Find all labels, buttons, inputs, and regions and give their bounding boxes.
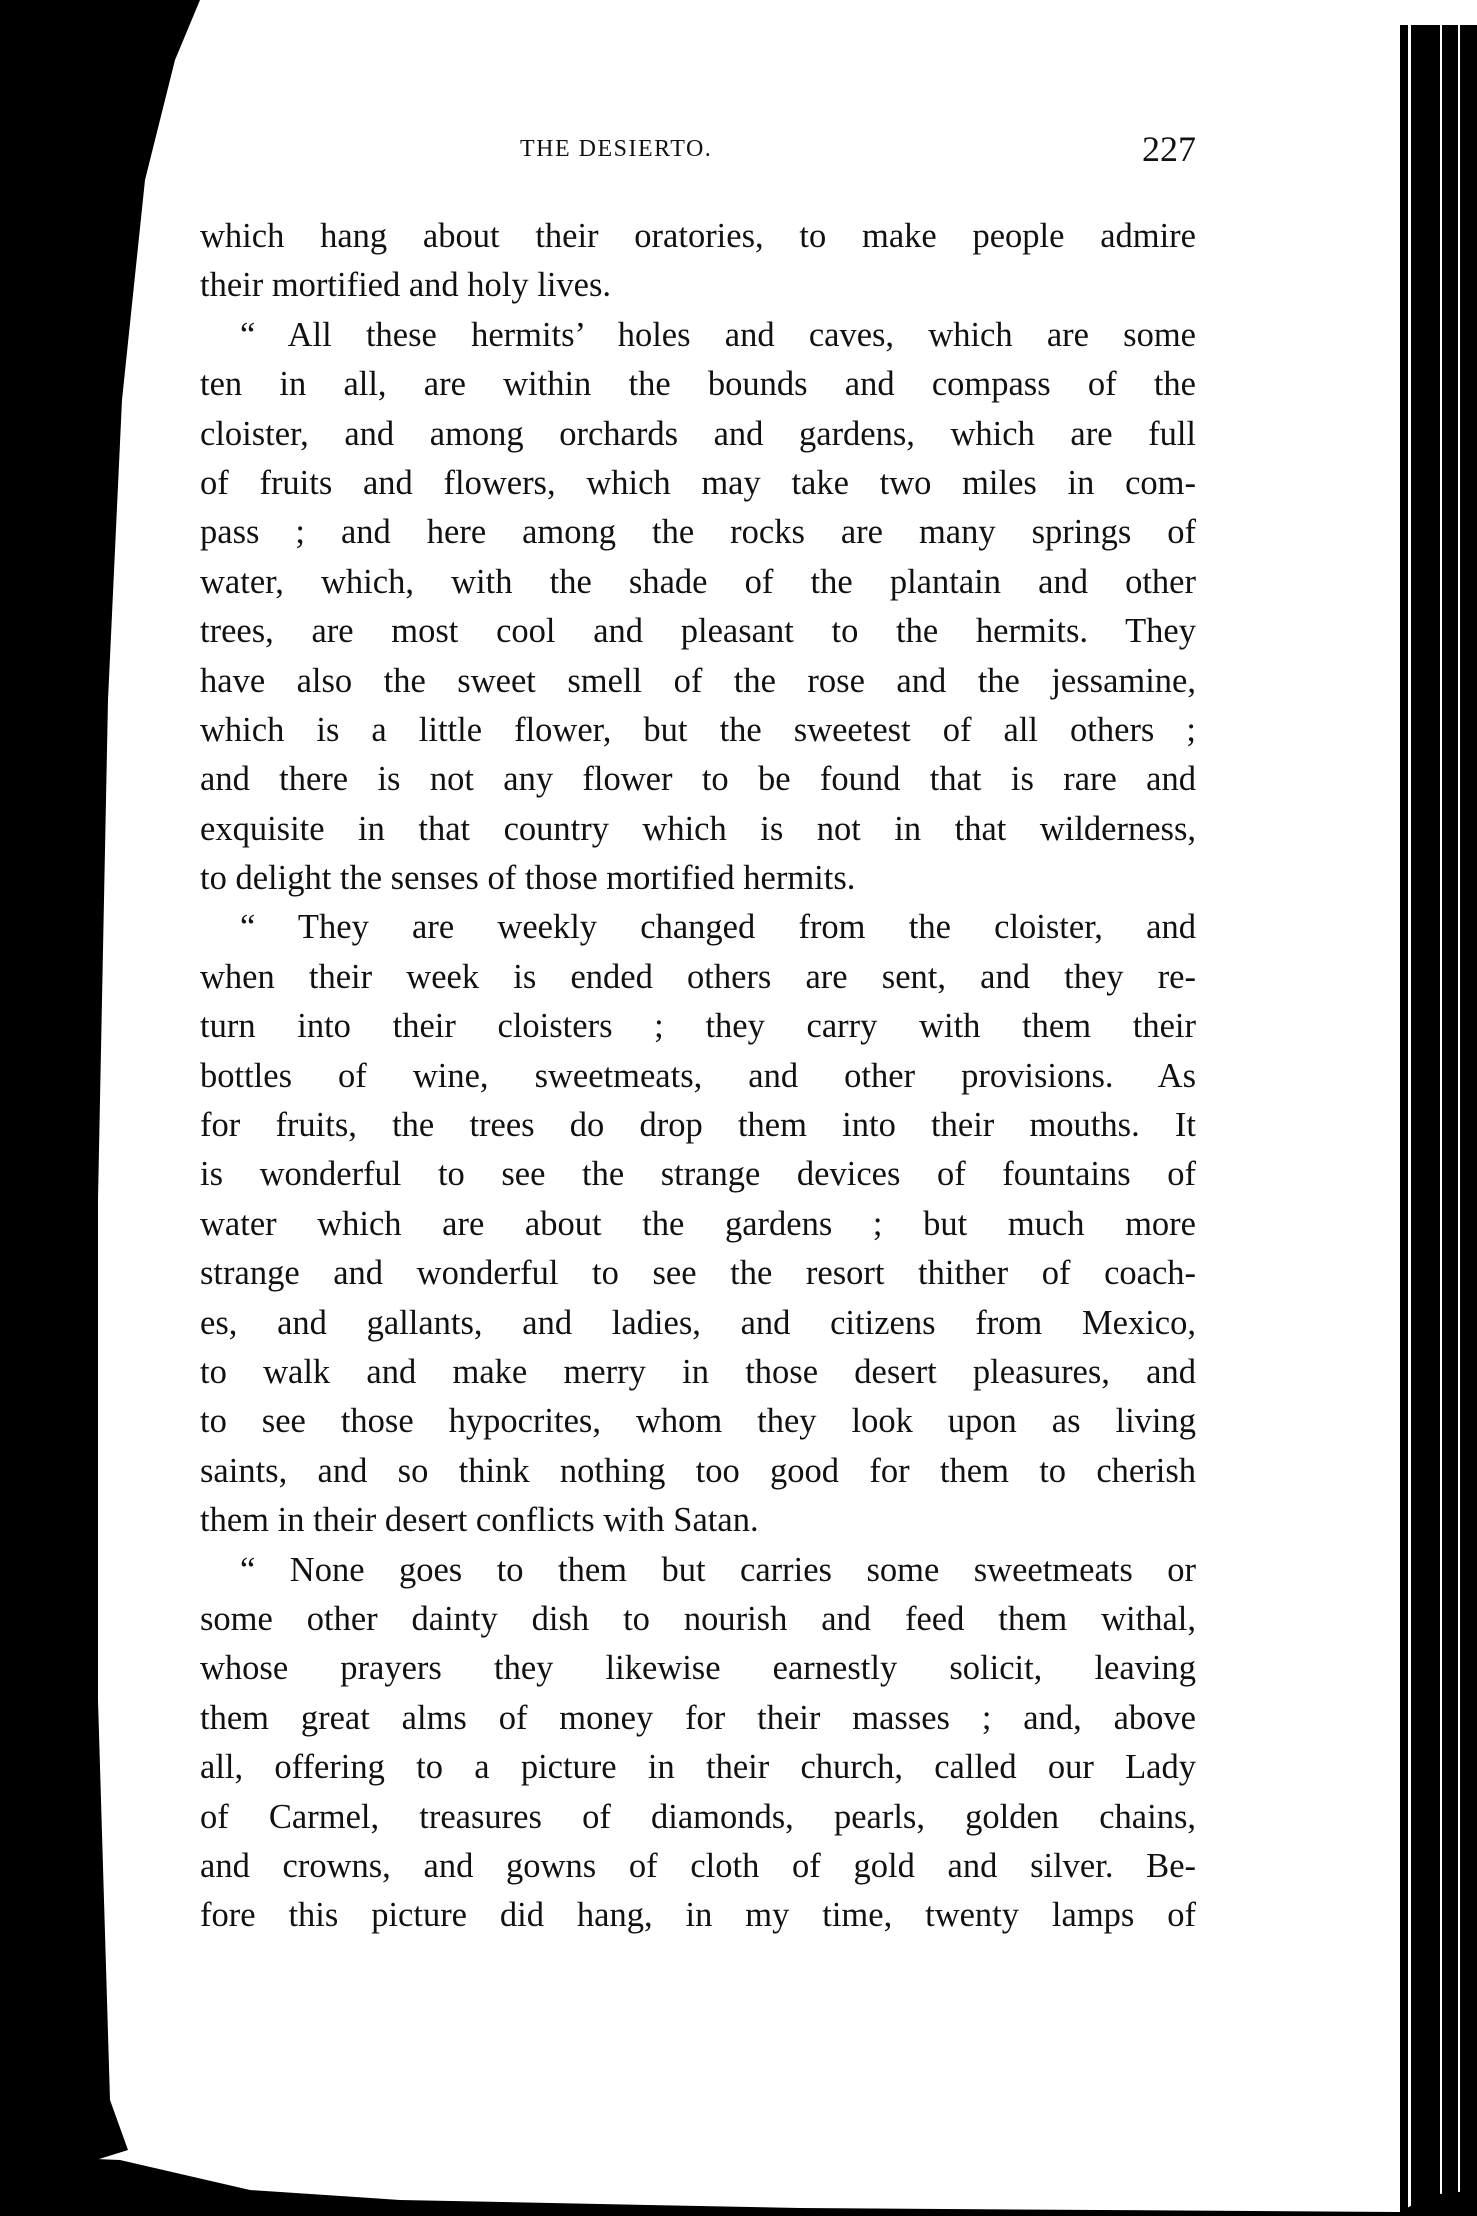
body-text: which hang about their oratories, to mak… [200,212,1196,1941]
text-line: to see those hypocrites, whom they look … [200,1397,1196,1446]
text-line: trees, are most cool and pleasant to the… [200,607,1196,656]
text-line: saints, and so think nothing too good fo… [200,1447,1196,1496]
text-line: is wonderful to see the strange devices … [200,1150,1196,1199]
scan-shadow-right [1400,25,1477,2216]
text-line: water which are about the gardens ; but … [200,1200,1196,1249]
text-line: es, and gallants, and ladies, and citize… [200,1299,1196,1348]
book-page: THE DESIERTO. 227 which hang about their… [0,0,1477,2216]
text-line: “ All these hermits’ holes and caves, wh… [200,311,1196,360]
page-header: THE DESIERTO. 227 [200,128,1196,174]
text-line: fore this picture did hang, in my time, … [200,1891,1196,1940]
text-line: pass ; and here among the rocks are many… [200,508,1196,557]
text-line: “ None goes to them but carries some swe… [200,1546,1196,1595]
text-line: when their week is ended others are sent… [200,953,1196,1002]
text-line: for fruits, the trees do drop them into … [200,1101,1196,1150]
text-line: strange and wonderful to see the resort … [200,1249,1196,1298]
text-line: of Carmel, treasures of diamonds, pearls… [200,1793,1196,1842]
text-line: them great alms of money for their masse… [200,1694,1196,1743]
text-line: to walk and make merry in those desert p… [200,1348,1196,1397]
text-line: water, which, with the shade of the plan… [200,558,1196,607]
text-line: have also the sweet smell of the rose an… [200,657,1196,706]
text-line: whose prayers they likewise earnestly so… [200,1644,1196,1693]
text-line: some other dainty dish to nourish and fe… [200,1595,1196,1644]
text-line: them in their desert conflicts with Sata… [200,1496,1196,1545]
text-line: and crowns, and gowns of cloth of gold a… [200,1842,1196,1891]
text-line: of fruits and flowers, which may take tw… [200,459,1196,508]
text-line: all, offering to a picture in their chur… [200,1743,1196,1792]
text-line: turn into their cloisters ; they carry w… [200,1002,1196,1051]
running-head: THE DESIERTO. [520,136,712,163]
text-line: to delight the senses of those mortified… [200,854,1196,903]
scan-shadow-bottom [0,2100,1477,2216]
text-line: which is a little flower, but the sweete… [200,706,1196,755]
text-line: and there is not any flower to be found … [200,755,1196,804]
page-number: 227 [1142,128,1196,170]
scan-shadow-left [0,0,210,2216]
text-line: cloister, and among orchards and gardens… [200,410,1196,459]
text-line: exquisite in that country which is not i… [200,805,1196,854]
text-line: which hang about their oratories, to mak… [200,212,1196,261]
text-line: “ They are weekly changed from the clois… [200,903,1196,952]
text-line: ten in all, are within the bounds and co… [200,360,1196,409]
text-line: their mortified and holy lives. [200,261,1196,310]
text-line: bottles of wine, sweetmeats, and other p… [200,1052,1196,1101]
